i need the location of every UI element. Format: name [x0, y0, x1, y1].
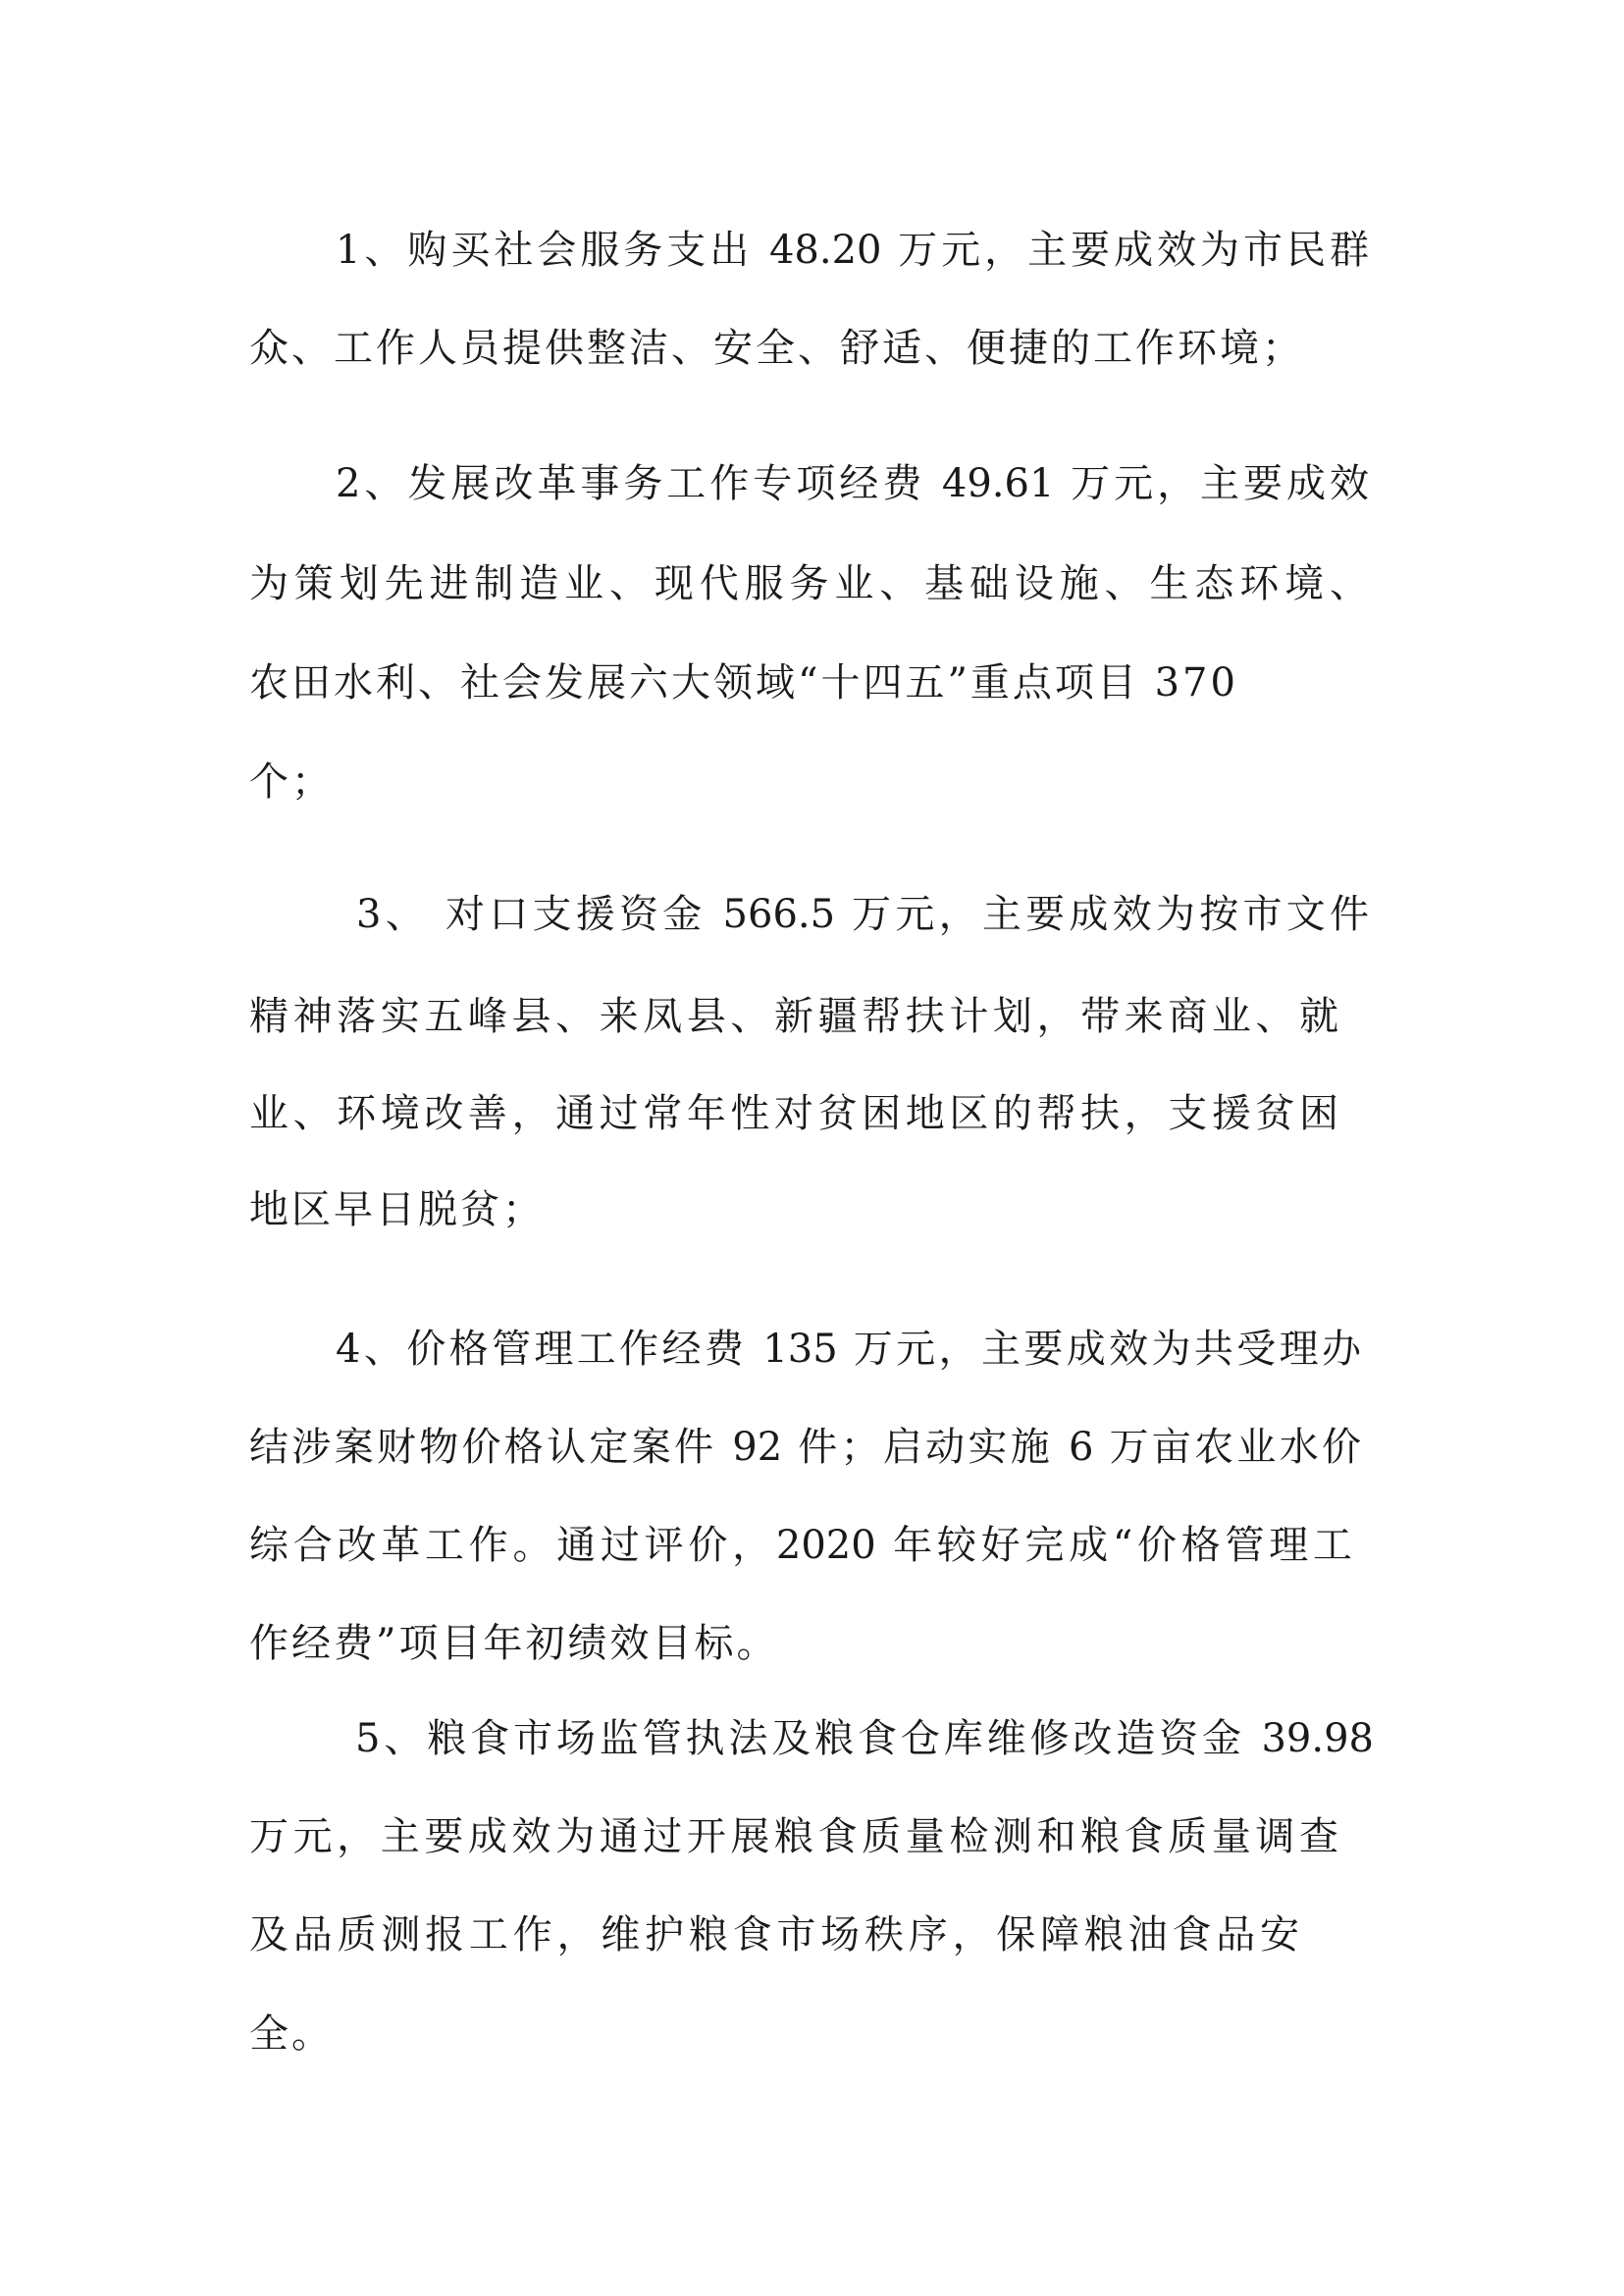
paragraph-line: 农田水利、社会发展六大领域“十四五”重点项目 370	[249, 658, 1238, 707]
paragraph-line: 5、粮食市场监管执法及粮食仓库维修改造资金 39.98	[355, 1714, 1374, 1763]
paragraph-line: 及品质测报工作，维护粮食市场秩序，保障粮油食品安	[249, 1910, 1299, 1959]
paragraph-line: 3、 对口支援资金 566.5 万元，主要成效为按市文件	[356, 890, 1369, 939]
paragraph-line: 地区早日脱贫；	[249, 1185, 545, 1234]
paragraph-line: 全。	[249, 2009, 334, 2059]
paragraph-line: 业、环境改善，通过常年性对贫困地区的帮扶，支援贫困	[249, 1089, 1338, 1138]
document-page: 1、购买社会服务支出 48.20 万元，主要成效为市民群 众、工作人员提供整洁、…	[0, 0, 1624, 2296]
paragraph-line: 万元，主要成效为通过开展粮食质量检测和粮食质量调查	[249, 1812, 1338, 1861]
paragraph-line: 作经费”项目年初绩效目标。	[249, 1619, 778, 1668]
paragraph-line: 为策划先进制造业、现代服务业、基础设施、生态环境、	[249, 559, 1369, 608]
paragraph-line: 4、价格管理工作经费 135 万元，主要成效为共受理办	[336, 1325, 1361, 1374]
paragraph-line: 1、购买社会服务支出 48.20 万元，主要成效为市民群	[336, 226, 1369, 275]
paragraph-line: 2、发展改革事务工作专项经费 49.61 万元，主要成效	[336, 459, 1369, 508]
paragraph-line: 结涉案财物价格认定案件 92 件；启动实施 6 万亩农业水价	[249, 1423, 1361, 1472]
paragraph-line: 众、工作人员提供整洁、安全、舒适、便捷的工作环境；	[249, 324, 1304, 373]
paragraph-line: 综合改革工作。通过评价，2020 年较好完成“价格管理工	[249, 1521, 1352, 1570]
paragraph-line: 个；	[249, 757, 334, 807]
paragraph-line: 精神落实五峰县、来凤县、新疆帮扶计划，带来商业、就	[249, 992, 1338, 1041]
